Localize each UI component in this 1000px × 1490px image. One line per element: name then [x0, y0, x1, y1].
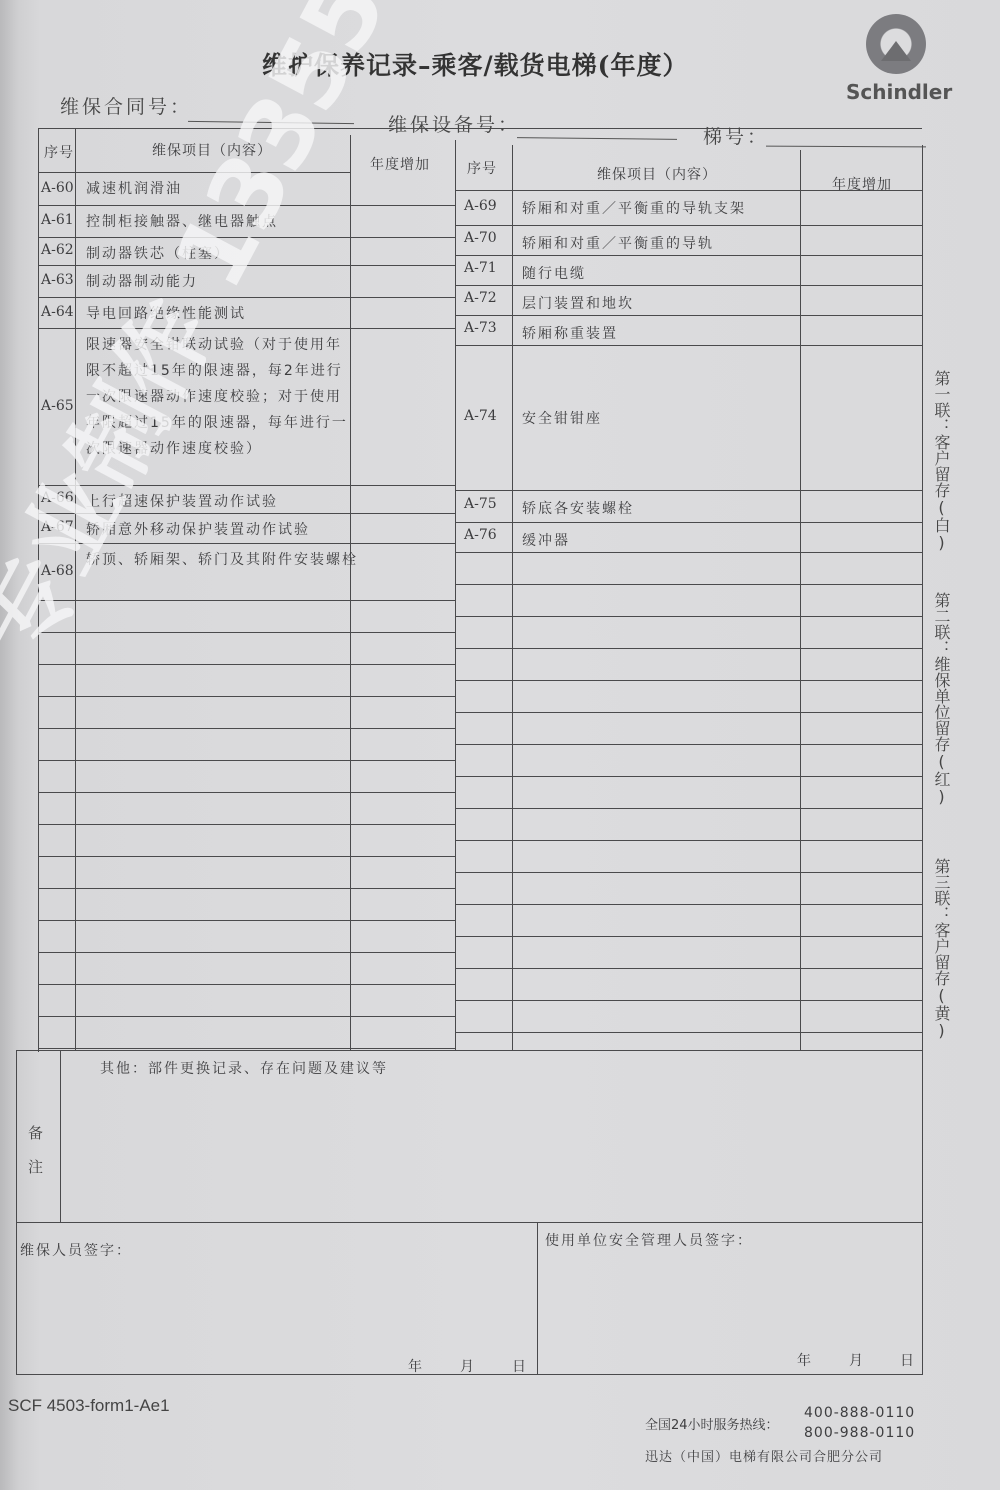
row-seq: A-65 — [41, 398, 74, 414]
row-annual-input[interactable] — [802, 345, 920, 490]
table-rule — [455, 140, 456, 1050]
row-annual-input[interactable] — [352, 513, 452, 543]
table-rule — [75, 128, 76, 1050]
row-item: 轿底各安装螺栓 — [522, 498, 634, 518]
row-item: 层门装置和地坎 — [522, 293, 634, 313]
table-rule — [455, 584, 922, 585]
row-item: 轿厢意外移动保护装置动作试验 — [86, 519, 310, 539]
table-rule — [16, 1050, 922, 1051]
row-annual-input[interactable] — [802, 255, 920, 285]
row-annual-input[interactable] — [352, 485, 452, 513]
user-date-month: 月 — [849, 1350, 863, 1370]
hotline-2: 800-988-0110 — [804, 1425, 915, 1441]
row-seq: A-60 — [41, 180, 74, 196]
row-seq: A-76 — [464, 527, 497, 543]
row-item: 制动器制动能力 — [86, 271, 198, 291]
table-rule — [38, 696, 455, 697]
row-annual-input[interactable] — [802, 190, 920, 225]
row-annual-input[interactable] — [802, 225, 920, 255]
table-rule — [60, 1050, 61, 1222]
row-seq: A-75 — [464, 496, 497, 512]
table-rule — [38, 632, 455, 633]
side-note-copy-3: 第三联：客户留存(黄) — [932, 858, 952, 1040]
row-annual-input[interactable] — [352, 205, 452, 237]
row-item: 控制柜接触器、继电器触点 — [86, 211, 278, 231]
table-rule — [38, 984, 455, 985]
maintenance-signature-field[interactable] — [16, 1262, 532, 1372]
row-annual-input[interactable] — [802, 315, 920, 345]
row-annual-input[interactable] — [352, 265, 452, 297]
row-seq: A-73 — [464, 320, 497, 336]
company-name: 迅达（中国）电梯有限公司合肥分公司 — [645, 1446, 883, 1465]
table-rule — [16, 1222, 922, 1223]
table-rule — [455, 872, 922, 873]
table-rule — [38, 824, 455, 825]
hotline-label: 全国24小时服务热线： — [645, 1414, 779, 1433]
table-rule — [455, 904, 922, 905]
side-note-copy-2: 第二联：维保单位留存(红) — [932, 592, 952, 806]
table-rule — [455, 968, 922, 969]
row-annual-input[interactable] — [352, 172, 452, 205]
row-item: 上行超速保护装置动作试验 — [86, 491, 278, 511]
table-rule — [455, 808, 922, 809]
row-seq: A-74 — [464, 408, 497, 424]
row-seq: A-71 — [464, 260, 497, 276]
table-rule — [38, 856, 455, 857]
row-seq: A-67 — [41, 519, 74, 535]
row-item: 缓冲器 — [522, 530, 570, 550]
row-annual-input[interactable] — [802, 285, 920, 315]
row-seq: A-69 — [464, 198, 497, 214]
table-rule — [38, 1048, 455, 1049]
row-item: 安全钳钳座 — [522, 408, 602, 428]
row-seq: A-68 — [41, 563, 74, 579]
maint-date-year: 年 — [408, 1356, 422, 1376]
maint-date-month: 月 — [460, 1356, 474, 1376]
row-annual-input[interactable] — [352, 297, 452, 328]
row-seq: A-63 — [41, 272, 74, 288]
table-rule — [455, 1032, 922, 1033]
header-item-right: 维保项目（内容） — [597, 164, 717, 184]
header-annual-left: 年度增加 — [370, 154, 430, 174]
table-rule — [455, 616, 922, 617]
table-rule — [455, 1000, 922, 1001]
table-rule — [38, 600, 455, 601]
table-rule — [350, 135, 351, 1050]
table-rule — [38, 888, 455, 889]
table-rule — [455, 744, 922, 745]
table-rule — [38, 728, 455, 729]
row-annual-input[interactable] — [802, 522, 920, 552]
hotline-1: 400-888-0110 — [804, 1405, 915, 1421]
remarks-label: 备注 — [28, 1116, 44, 1184]
table-rule — [38, 1016, 455, 1017]
remarks-textarea[interactable] — [62, 1052, 920, 1220]
header-seq-right: 序号 — [467, 158, 497, 178]
row-seq: A-64 — [41, 304, 74, 320]
side-note-copy-1: 第一联：客户留存(白) — [932, 370, 952, 552]
table-rule — [537, 1222, 538, 1374]
table-rule — [38, 172, 350, 173]
table-rule — [38, 760, 455, 761]
table-rule — [455, 936, 922, 937]
header-item-left: 维保项目（内容） — [152, 140, 272, 160]
row-seq: A-72 — [464, 290, 497, 306]
table-rule — [455, 552, 922, 553]
table-rule — [455, 648, 922, 649]
row-annual-input[interactable] — [802, 490, 920, 522]
form-code: SCF 4503-form1-Ae1 — [8, 1396, 170, 1416]
row-seq: A-61 — [41, 212, 74, 228]
row-item: 轿厢和对重／平衡重的导轨支架 — [522, 198, 746, 218]
header-seq-left: 序号 — [44, 142, 74, 162]
row-seq: A-66 — [41, 490, 74, 506]
user-date-year: 年 — [797, 1350, 811, 1370]
row-item: 制动器铁芯（柱塞） — [86, 243, 230, 263]
user-unit-signature-label: 使用单位安全管理人员签字： — [545, 1230, 753, 1250]
row-seq: A-62 — [41, 242, 74, 258]
row-seq: A-70 — [464, 230, 497, 246]
table-rule — [38, 128, 922, 129]
table-rule — [38, 128, 39, 1052]
row-annual-input[interactable] — [352, 237, 452, 265]
table-rule — [922, 145, 923, 1375]
row-item: 轿厢称重装置 — [522, 323, 618, 343]
table-rule — [38, 792, 455, 793]
row-item: 导电回路绝缘性能测试 — [86, 303, 246, 323]
user-unit-signature-field[interactable] — [540, 1252, 920, 1362]
table-rule — [455, 712, 922, 713]
table-rule — [512, 145, 513, 1050]
table-rule — [38, 920, 455, 921]
row-annual-input[interactable] — [352, 328, 452, 485]
maint-date-day: 日 — [512, 1356, 526, 1376]
maintenance-signature-label: 维保人员签字： — [20, 1240, 132, 1260]
row-item: 轿厢和对重／平衡重的导轨 — [522, 233, 714, 253]
table-rule — [455, 840, 922, 841]
row-item: 限速器安全钳联动试验（对于使用年限不超过15年的限速器，每2年进行一次限速器动作… — [86, 332, 352, 462]
row-item: 轿顶、轿厢架、轿门及其附件安装螺栓 — [86, 549, 358, 569]
row-item: 随行电缆 — [522, 263, 586, 283]
row-annual-input[interactable] — [352, 543, 452, 600]
table-rule — [455, 776, 922, 777]
table-rule — [38, 952, 455, 953]
table-rule — [38, 664, 455, 665]
table-rule — [455, 680, 922, 681]
row-item: 减速机润滑油 — [86, 178, 182, 198]
user-date-day: 日 — [900, 1350, 914, 1370]
